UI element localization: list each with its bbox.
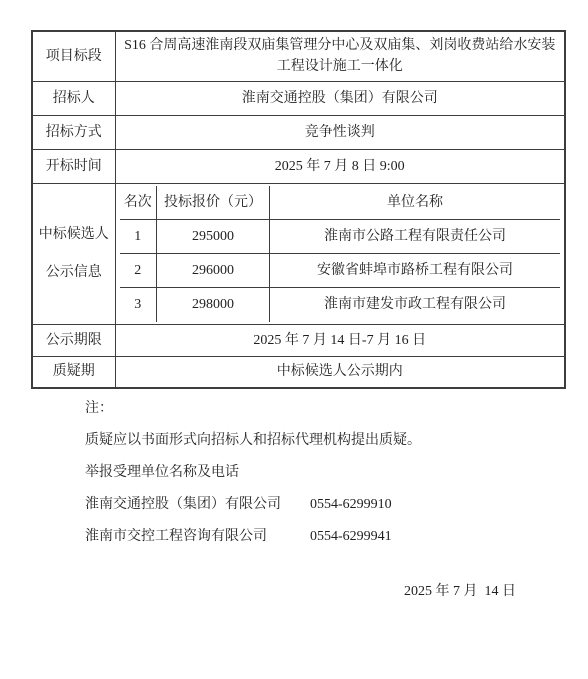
tender-method-value: 竞争性谈判 [115,115,565,149]
candidates-label-line1: 中标候选人 [39,224,109,245]
candidate-row-3: 3 298000 淮南市建发市政工程有限公司 [120,288,561,322]
notes-report-heading: 举报受理单位名称及电话 [85,465,588,480]
bid-opening-time-value: 2025 年 7 月 8 日 9:00 [115,149,565,183]
candidate-2-price: 296000 [157,254,270,288]
table-row: 开标时间 2025 年 7 月 8 日 9:00 [32,149,565,183]
candidates-row: 中标候选人 公示信息 名次 投标报价（元） 单位名称 1 295000 淮南市公… [32,183,565,324]
company-column-header: 单位名称 [270,186,561,220]
tenderer-value: 淮南交通控股（集团）有限公司 [115,81,565,115]
publicity-period-label: 公示期限 [32,324,115,356]
objection-period-label: 质疑期 [32,356,115,388]
project-section-label: 项目标段 [32,31,115,81]
bid-announcement-document: 项目标段 S16 合周高速淮南段双庙集管理分中心及双庙集、刘岗收费站给水安装工程… [0,0,588,679]
tender-method-label: 招标方式 [32,115,115,149]
candidate-3-rank: 3 [120,288,157,322]
contact-1-name: 淮南交通控股（集团）有限公司 [85,497,310,512]
contact-1-phone: 0554-6299910 [310,497,392,512]
candidate-row-2: 2 296000 安徽省蚌埠市路桥工程有限公司 [120,254,561,288]
objection-period-value: 中标候选人公示期内 [115,356,565,388]
notes-objection-instruction: 质疑应以书面形式向招标人和招标代理机构提出质疑。 [85,433,588,448]
candidate-2-company: 安徽省蚌埠市路桥工程有限公司 [270,254,561,288]
table-row: 公示期限 2025 年 7 月 14 日-7 月 16 日 [32,324,565,356]
candidates-label-line2: 公示信息 [46,262,102,283]
candidates-table-cell: 名次 投标报价（元） 单位名称 1 295000 淮南市公路工程有限责任公司 2… [115,183,565,324]
table-row: 招标方式 竞争性谈判 [32,115,565,149]
publicity-period-value: 2025 年 7 月 14 日-7 月 16 日 [115,324,565,356]
candidates-header-row: 名次 投标报价（元） 单位名称 [120,186,561,220]
contact-2-name: 淮南市交控工程咨询有限公司 [85,529,310,544]
candidate-3-price: 298000 [157,288,270,322]
announcement-table: 项目标段 S16 合周高速淮南段双庙集管理分中心及双庙集、刘岗收费站给水安装工程… [31,30,566,389]
notes-title: 注： [85,401,588,416]
candidates-table: 名次 投标报价（元） 单位名称 1 295000 淮南市公路工程有限责任公司 2… [120,186,561,322]
notes-section: 注： 质疑应以书面形式向招标人和招标代理机构提出质疑。 举报受理单位名称及电话 … [85,401,588,544]
table-row: 招标人 淮南交通控股（集团）有限公司 [32,81,565,115]
candidate-1-company: 淮南市公路工程有限责任公司 [270,220,561,254]
table-row: 项目标段 S16 合周高速淮南段双庙集管理分中心及双庙集、刘岗收费站给水安装工程… [32,31,565,81]
candidate-3-company: 淮南市建发市政工程有限公司 [270,288,561,322]
candidate-1-price: 295000 [157,220,270,254]
tenderer-label: 招标人 [32,81,115,115]
rank-column-header: 名次 [120,186,157,220]
candidate-row-1: 1 295000 淮南市公路工程有限责任公司 [120,220,561,254]
candidate-1-rank: 1 [120,220,157,254]
contact-2-phone: 0554-6299941 [310,529,392,544]
table-row: 质疑期 中标候选人公示期内 [32,356,565,388]
contact-line-2: 淮南市交控工程咨询有限公司0554-6299941 [85,529,588,544]
bid-opening-time-label: 开标时间 [32,149,115,183]
signature-date: 2025 年 7 月 14 日 [0,580,588,600]
contact-line-1: 淮南交通控股（集团）有限公司0554-6299910 [85,497,588,512]
candidates-label: 中标候选人 公示信息 [32,183,115,324]
candidate-2-rank: 2 [120,254,157,288]
project-section-value: S16 合周高速淮南段双庙集管理分中心及双庙集、刘岗收费站给水安装工程设计施工一… [115,31,565,81]
price-column-header: 投标报价（元） [157,186,270,220]
